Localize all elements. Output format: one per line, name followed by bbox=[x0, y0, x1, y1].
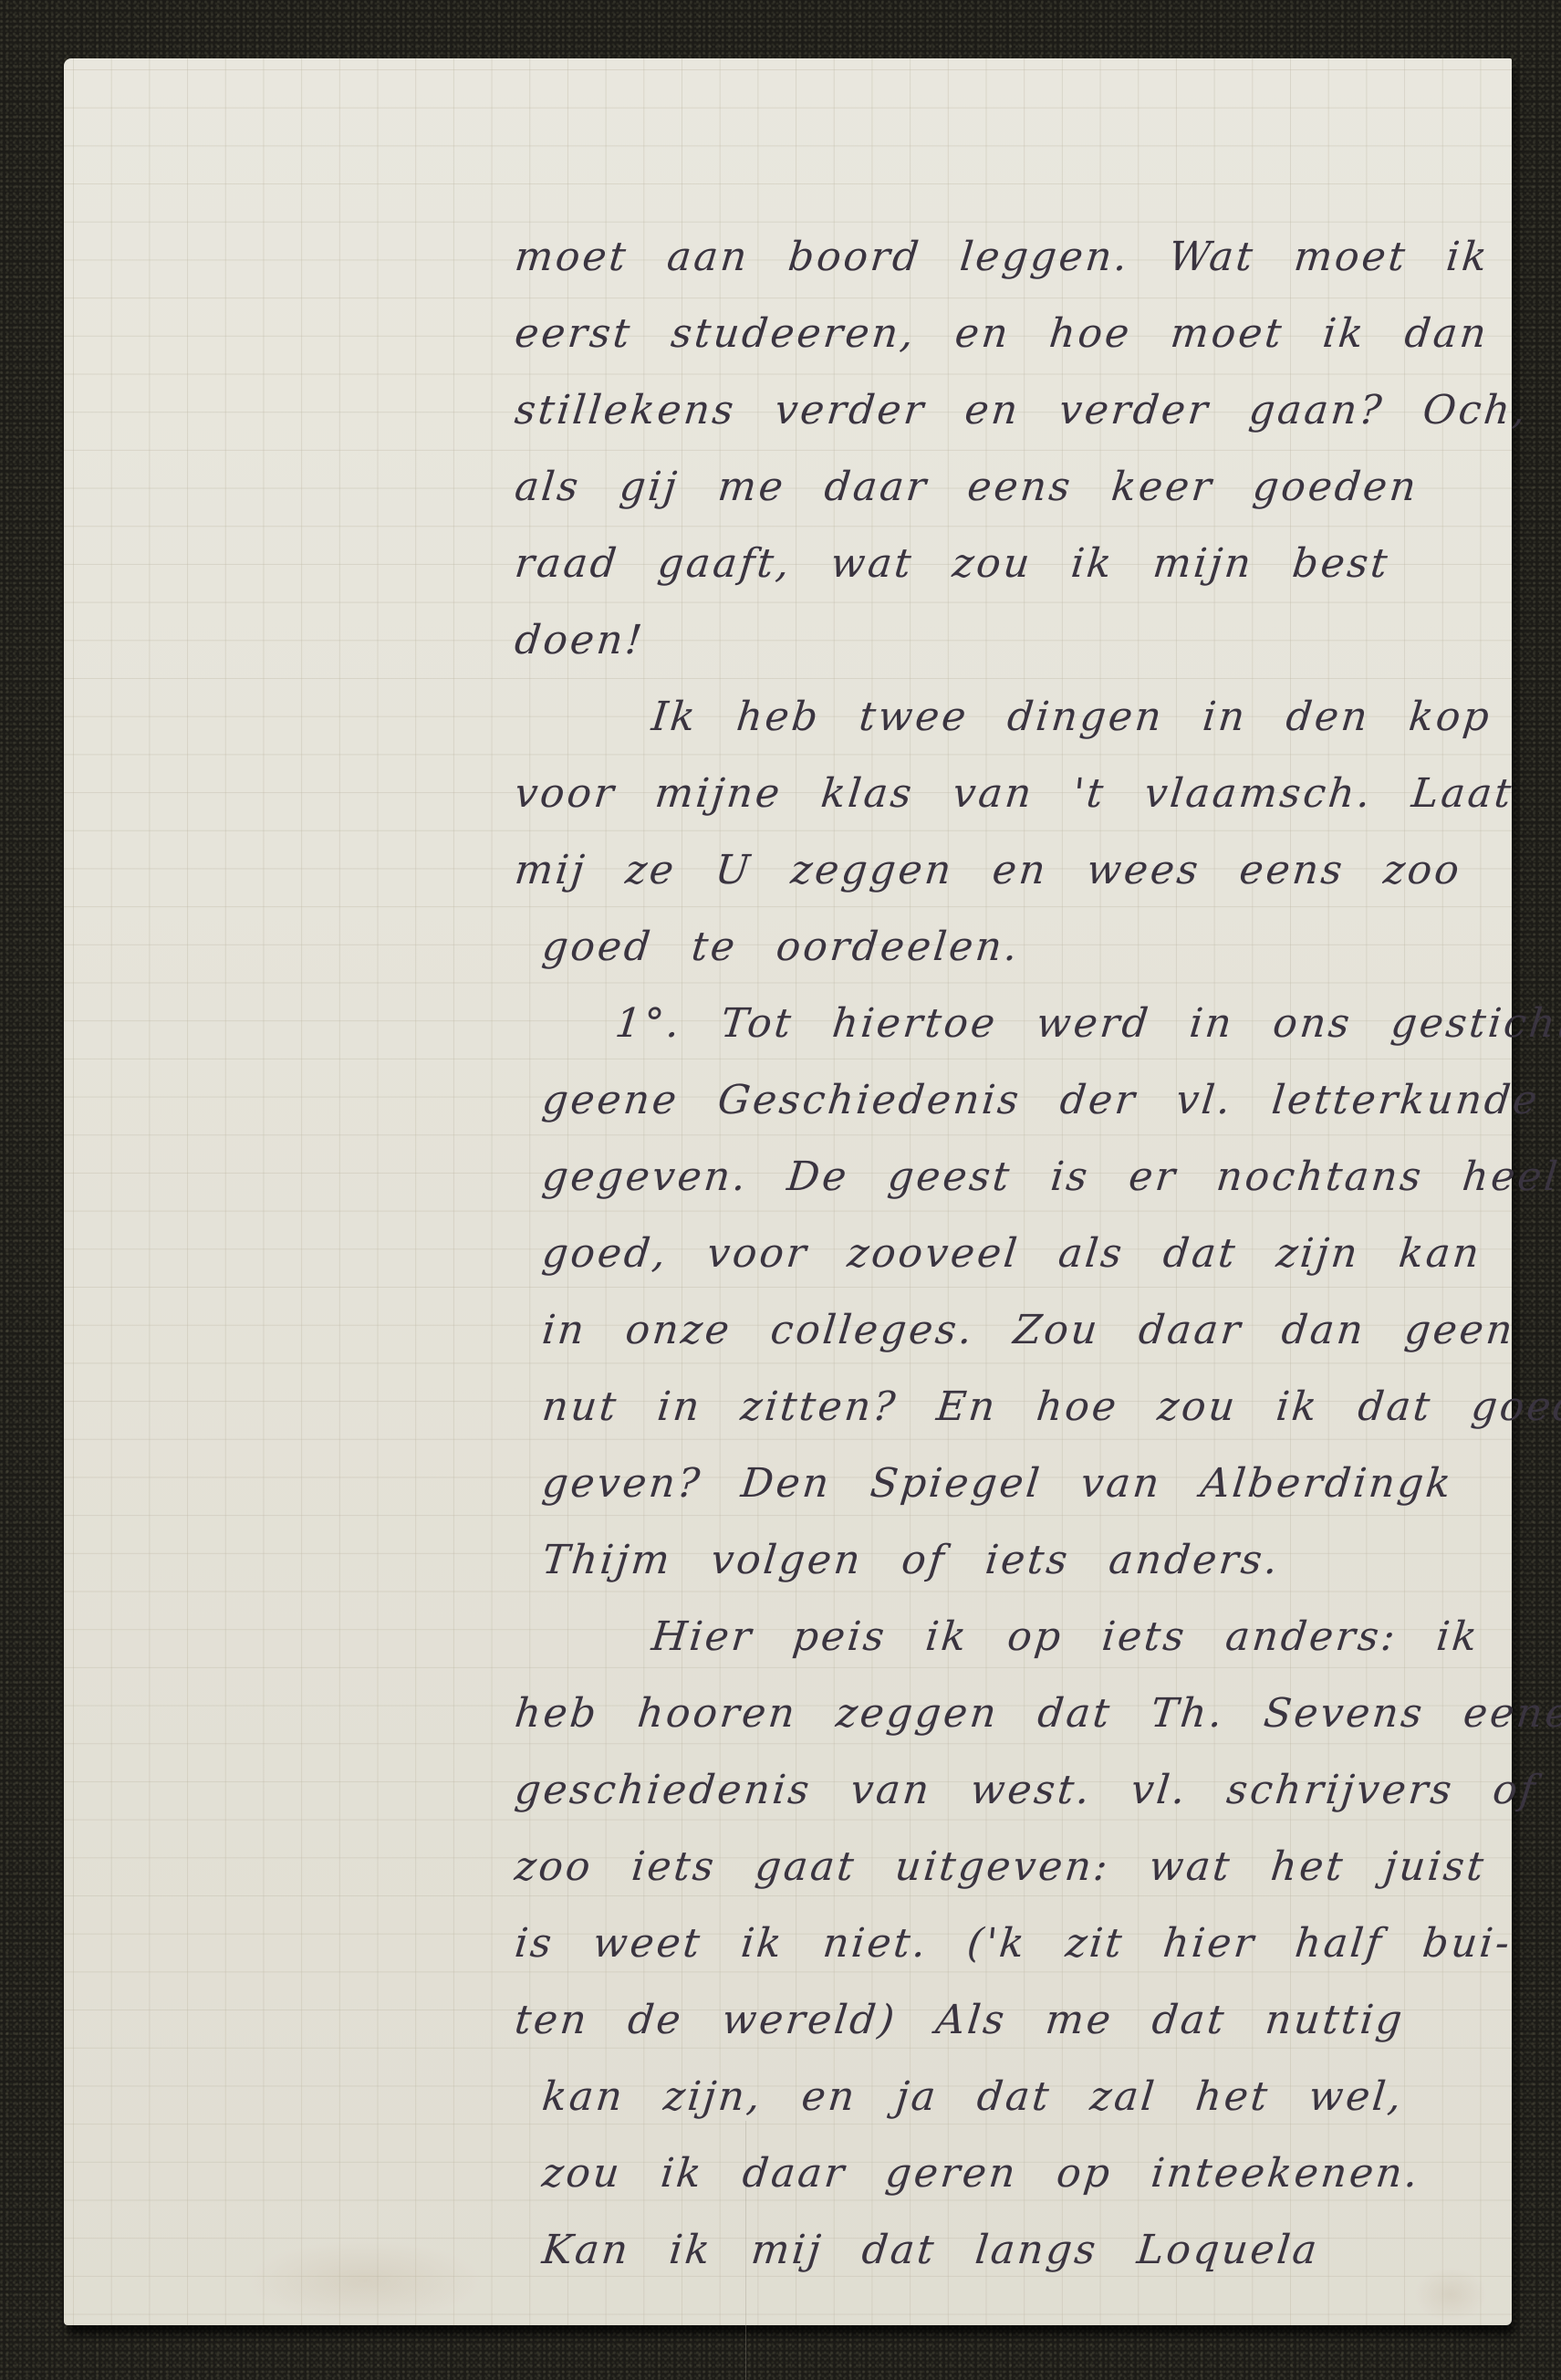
text-line: Kan ik mij dat langs Loquela bbox=[511, 2212, 1486, 2289]
text-line: kan zijn, en ja dat zal het wel, bbox=[511, 2059, 1486, 2135]
text-line: gegeven. De geest is er nochtans heel bbox=[511, 1139, 1486, 1216]
text-line: voor mijne klas van 't vlaamsch. Laat bbox=[511, 756, 1486, 832]
text-line: geene Geschiedenis der vl. letterkunde bbox=[511, 1062, 1486, 1139]
text-line: ten de wereld) Als me dat nuttig bbox=[511, 1982, 1486, 2059]
text-line: zoo iets gaat uitgeven: wat het juist bbox=[511, 1829, 1486, 1905]
text-line: zou ik daar geren op inteekenen. bbox=[511, 2135, 1486, 2212]
text-line: goed, voor zooveel als dat zijn kan bbox=[511, 1216, 1486, 1292]
text-line: mij ze U zeggen en wees eens zoo bbox=[511, 832, 1486, 909]
text-line: moet aan boord leggen. Wat moet ik bbox=[511, 219, 1486, 296]
text-line: geschiedenis van west. vl. schrijvers of bbox=[511, 1752, 1486, 1829]
text-line: doen! bbox=[511, 602, 1486, 679]
text-line: geven? Den Spiegel van Alberdingk bbox=[511, 1446, 1486, 1522]
paper-stain bbox=[246, 2239, 484, 2322]
paragraph-start-line: Ik heb twee dingen in den kop bbox=[511, 679, 1486, 756]
text-line: raad gaaft, wat zou ik mijn best bbox=[511, 526, 1486, 602]
text-line: heb hooren zeggen dat Th. Sevens eene bbox=[511, 1675, 1486, 1752]
text-line: als gij me daar eens keer goeden bbox=[511, 449, 1486, 526]
text-line: goed te oordeelen. bbox=[511, 909, 1486, 986]
text-line: is weet ik niet. ('k zit hier half bui- bbox=[511, 1905, 1486, 1982]
text-line: stillekens verder en verder gaan? Och, bbox=[511, 372, 1486, 449]
text-line: nut in zitten? En hoe zou ik dat goed bbox=[511, 1369, 1486, 1446]
text-line: in onze colleges. Zou daar dan geen bbox=[511, 1292, 1486, 1369]
text-line: eerst studeeren, en hoe moet ik dan bbox=[511, 296, 1486, 372]
text-line: Thijm volgen of iets anders. bbox=[511, 1522, 1486, 1599]
letter-body: moet aan boord leggen. Wat moet ik eerst… bbox=[511, 219, 1478, 2289]
list-item-1-line: 1°. Tot hiertoe werd in ons gesticht bbox=[511, 986, 1486, 1062]
paragraph-start-line: Hier peis ik op iets anders: ik bbox=[511, 1599, 1486, 1675]
